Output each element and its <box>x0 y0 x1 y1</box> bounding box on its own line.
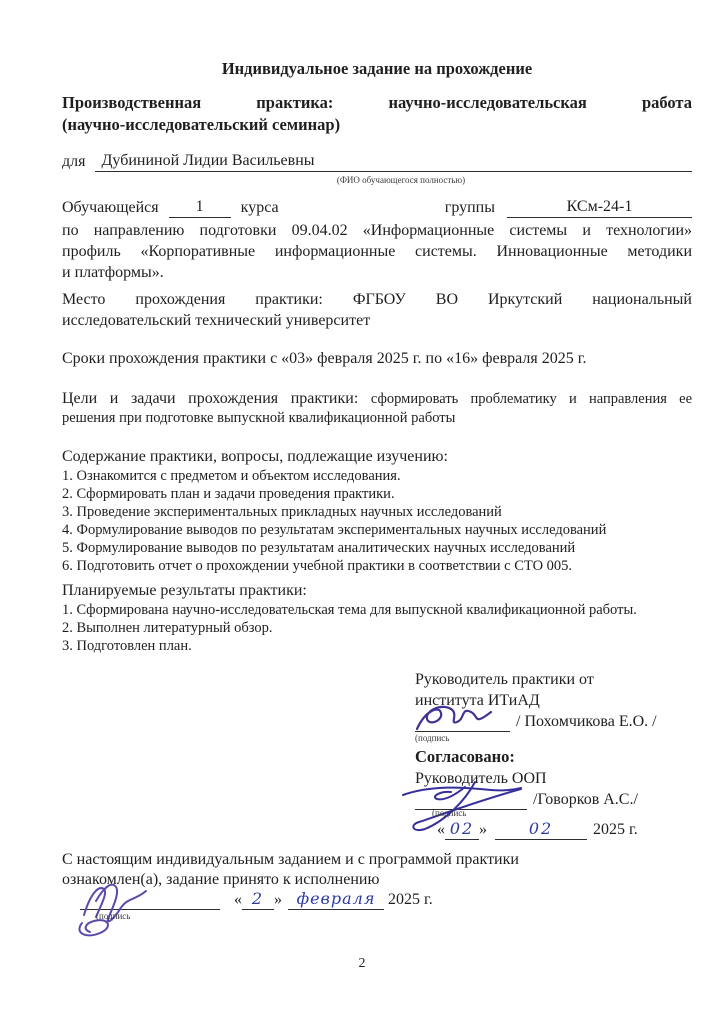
ack-date-day: 2 <box>242 888 274 910</box>
agreed-date-year: 2025 г. <box>593 819 638 840</box>
results-item: 2. Выполнен литературный обзор. <box>62 619 692 637</box>
results-item: 1. Сформирована научно-исследовательская… <box>62 601 692 619</box>
supervisor-title-line2: института ИТиАД <box>415 690 692 711</box>
student-signature-field <box>80 887 220 910</box>
agreed-label: Согласовано: <box>415 746 515 768</box>
course-field: 1 <box>169 196 231 218</box>
group-label: группы <box>445 197 495 218</box>
group-field: КСм-24-1 <box>507 196 692 218</box>
course-label: курса <box>241 197 279 218</box>
document-title: Индивидуальное задание на прохождение <box>62 58 692 80</box>
agreed-date-row: « 02 » 02 2025 г. <box>437 818 692 840</box>
goals-line2: решения при подготовке выпускной квалифи… <box>62 409 692 427</box>
agreed-date-month: 02 <box>495 818 587 840</box>
content-item: 6. Подготовить отчет о прохождении учебн… <box>62 557 692 575</box>
agreed-date-day: 02 <box>445 818 479 840</box>
open-quote: « <box>234 889 242 910</box>
oop-signature-row: /Говорков А.С./ <box>415 788 692 810</box>
page-number: 2 <box>0 956 724 972</box>
content-item: 1. Ознакомится с предметом и объектом ис… <box>62 467 692 485</box>
practice-type-line2: (научно-исследовательский семинар) <box>62 114 692 136</box>
student-signature-row: « 2 » февраля 2025 г. <box>80 888 500 910</box>
signature-caption: (подпись <box>415 733 449 744</box>
oop-signature-field <box>415 787 527 810</box>
supervisor-name: / Похомчикова Е.О. / <box>510 711 657 732</box>
supervisor-signature-row: / Похомчикова Е.О. / <box>415 710 692 732</box>
for-label: для <box>62 151 85 172</box>
goals-label: Цели и задачи прохождения практики: <box>62 390 358 407</box>
content-heading: Содержание практики, вопросы, подлежащие… <box>62 446 692 467</box>
oop-label: Руководитель ООП <box>415 768 547 789</box>
supervisor-signature-field <box>415 709 510 732</box>
practice-type-line1: Производственная практика: научно-исслед… <box>62 92 692 114</box>
student-name-caption: (ФИО обучающегося полностью) <box>110 175 692 186</box>
goals-line1: Цели и задачи прохождения практики: сфор… <box>62 388 692 409</box>
ack-date-month: февраля <box>288 888 384 910</box>
dates-line: Сроки прохождения практики с «03» феврал… <box>62 348 692 369</box>
close-quote: » <box>479 819 487 840</box>
student-name-field: Дубининой Лидии Васильевны <box>95 150 692 172</box>
supervisor-title-line1: Руководитель практики от <box>415 669 692 690</box>
course-group-row: Обучающейся 1 курса группы КСм-24-1 <box>62 196 692 218</box>
content-item: 4. Формулирование выводов по результатам… <box>62 521 692 539</box>
place-line1: Место прохождения практики: ФГБОУ ВО Ирк… <box>62 289 692 310</box>
student-label: Обучающейся <box>62 197 159 218</box>
content-item: 2. Сформировать план и задачи проведения… <box>62 485 692 503</box>
direction-line3: и платформы». <box>62 262 692 283</box>
close-quote: » <box>274 889 282 910</box>
open-quote: « <box>437 819 445 840</box>
ack-line1: С настоящим индивидуальным заданием и с … <box>62 849 692 870</box>
direction-line1: по направлению подготовки 09.04.02 «Инфо… <box>62 220 692 241</box>
goals-text1: сформировать проблематику и направления … <box>371 391 692 407</box>
content-item: 5. Формулирование выводов по результатам… <box>62 539 692 557</box>
place-line2: исследовательский технический университе… <box>62 310 692 331</box>
results-item: 3. Подготовлен план. <box>62 637 692 655</box>
scanned-document-page: { "chars": { "laquo": "«", "raquo": "»" … <box>0 0 724 1024</box>
student-name-row: для Дубининой Лидии Васильевны <box>62 150 692 172</box>
content-item: 3. Проведение экспериментальных прикладн… <box>62 503 692 521</box>
oop-name: /Говорков А.С./ <box>527 789 638 810</box>
results-heading: Планируемые результаты практики: <box>62 580 692 601</box>
ack-date-year: 2025 г. <box>388 889 433 910</box>
signature-caption: (подпись <box>96 911 130 922</box>
direction-line2: профиль «Корпоративные информационные си… <box>62 241 692 262</box>
